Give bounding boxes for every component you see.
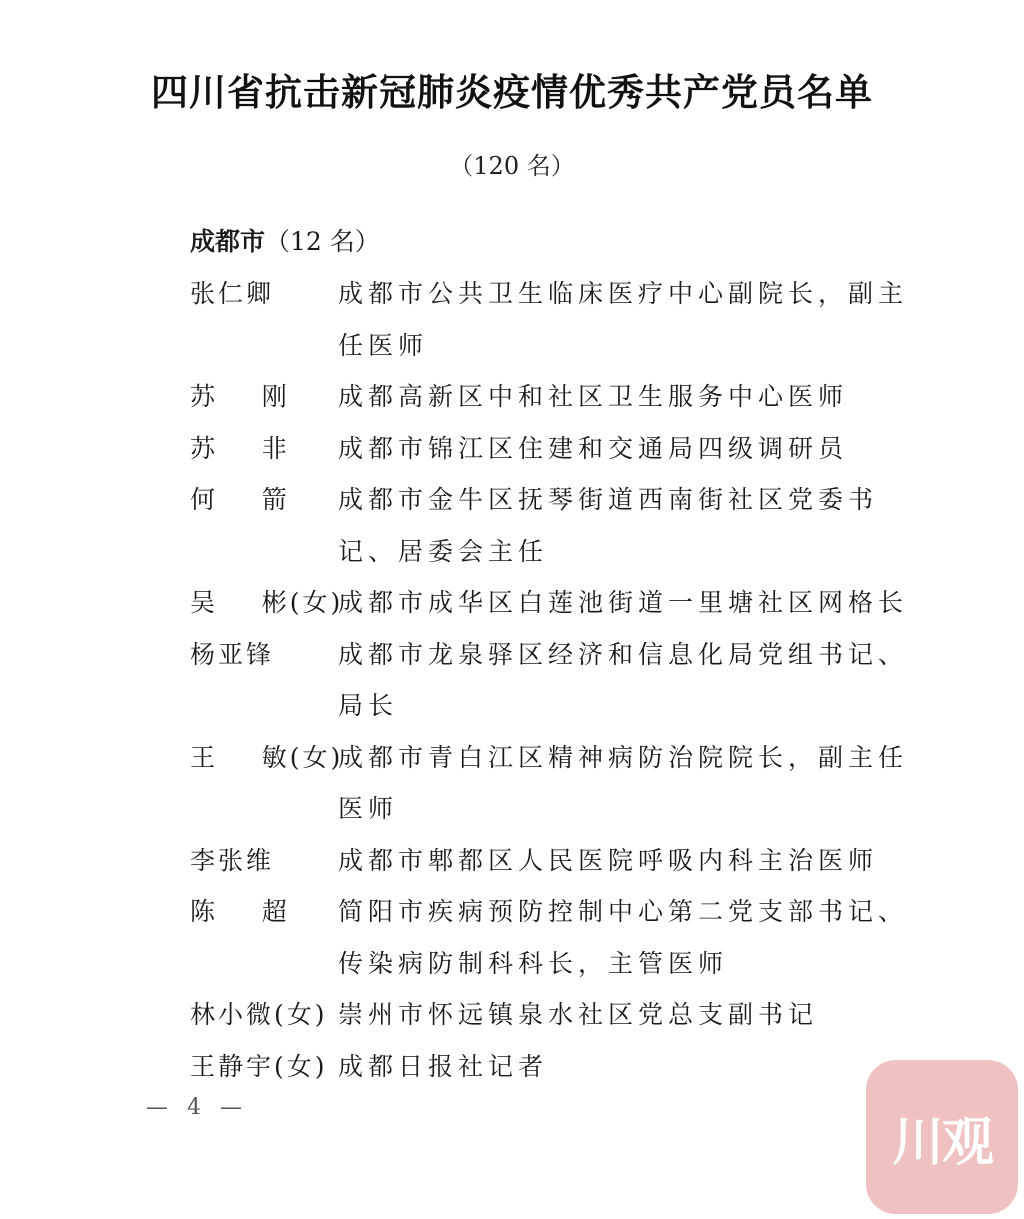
list-item: 杨亚锋 成都市龙泉驿区经济和信息化局党组书记、局长 xyxy=(190,629,930,732)
list-item: 林小微(女) 崇州市怀远镇泉水社区党总支副书记 xyxy=(190,989,930,1041)
watermark-logo: 川观 xyxy=(866,1060,1018,1214)
member-position: 成都市金牛区抚琴街道西南街社区党委书记、居委会主任 xyxy=(338,474,930,577)
member-name: 林小微(女) xyxy=(190,989,338,1041)
member-position: 成都市龙泉驿区经济和信息化局党组书记、局长 xyxy=(338,629,930,732)
list-item: 吴 彬(女) 成都市成华区白莲池街道一里塘社区网格长 xyxy=(190,577,930,629)
list-item: 张仁卿 成都市公共卫生临床医疗中心副院长，副主任医师 xyxy=(190,268,930,371)
member-position: 成都市公共卫生临床医疗中心副院长，副主任医师 xyxy=(338,268,930,371)
list-item: 陈 超 简阳市疾病预防控制中心第二党支部书记、传染病防制科科长，主管医师 xyxy=(190,886,930,989)
member-position: 成都高新区中和社区卫生服务中心医师 xyxy=(338,371,930,423)
member-name: 李张维 xyxy=(190,835,338,887)
member-list: 张仁卿 成都市公共卫生临床医疗中心副院长，副主任医师 苏 刚 成都高新区中和社区… xyxy=(190,268,930,1092)
list-item: 苏 非 成都市锦江区住建和交通局四级调研员 xyxy=(190,423,930,475)
member-position: 崇州市怀远镇泉水社区党总支副书记 xyxy=(338,989,930,1041)
member-name: 王 敏(女) xyxy=(190,732,338,835)
page-number: — 4 — xyxy=(146,1095,248,1120)
section-city: 成都市 xyxy=(190,227,265,256)
member-name: 陈 超 xyxy=(190,886,338,989)
watermark-text: 川观 xyxy=(892,1100,992,1175)
list-item: 王静宇(女) 成都日报社记者 xyxy=(190,1041,930,1093)
member-name: 苏 非 xyxy=(190,423,338,475)
member-name: 王静宇(女) xyxy=(190,1041,338,1093)
total-count: （120 名） xyxy=(0,146,1024,181)
member-position: 成都市青白江区精神病防治院院长，副主任医师 xyxy=(338,732,930,835)
section-count: （12 名） xyxy=(265,227,380,256)
member-name: 吴 彬(女) xyxy=(190,577,338,629)
member-name: 张仁卿 xyxy=(190,268,338,371)
member-name: 何 箭 xyxy=(190,474,338,577)
member-position: 简阳市疾病预防控制中心第二党支部书记、传染病防制科科长，主管医师 xyxy=(338,886,930,989)
list-item: 何 箭 成都市金牛区抚琴街道西南街社区党委书记、居委会主任 xyxy=(190,474,930,577)
member-name: 杨亚锋 xyxy=(190,629,338,732)
section-heading: 成都市（12 名） xyxy=(190,222,380,258)
member-position: 成都市锦江区住建和交通局四级调研员 xyxy=(338,423,930,475)
list-item: 王 敏(女) 成都市青白江区精神病防治院院长，副主任医师 xyxy=(190,732,930,835)
member-position: 成都市成华区白莲池街道一里塘社区网格长 xyxy=(338,577,930,629)
list-item: 李张维 成都市郫都区人民医院呼吸内科主治医师 xyxy=(190,835,930,887)
member-name: 苏 刚 xyxy=(190,371,338,423)
document-title: 四川省抗击新冠肺炎疫情优秀共产党员名单 xyxy=(0,62,1024,116)
member-position: 成都日报社记者 xyxy=(338,1041,930,1093)
list-item: 苏 刚 成都高新区中和社区卫生服务中心医师 xyxy=(190,371,930,423)
member-position: 成都市郫都区人民医院呼吸内科主治医师 xyxy=(338,835,930,887)
